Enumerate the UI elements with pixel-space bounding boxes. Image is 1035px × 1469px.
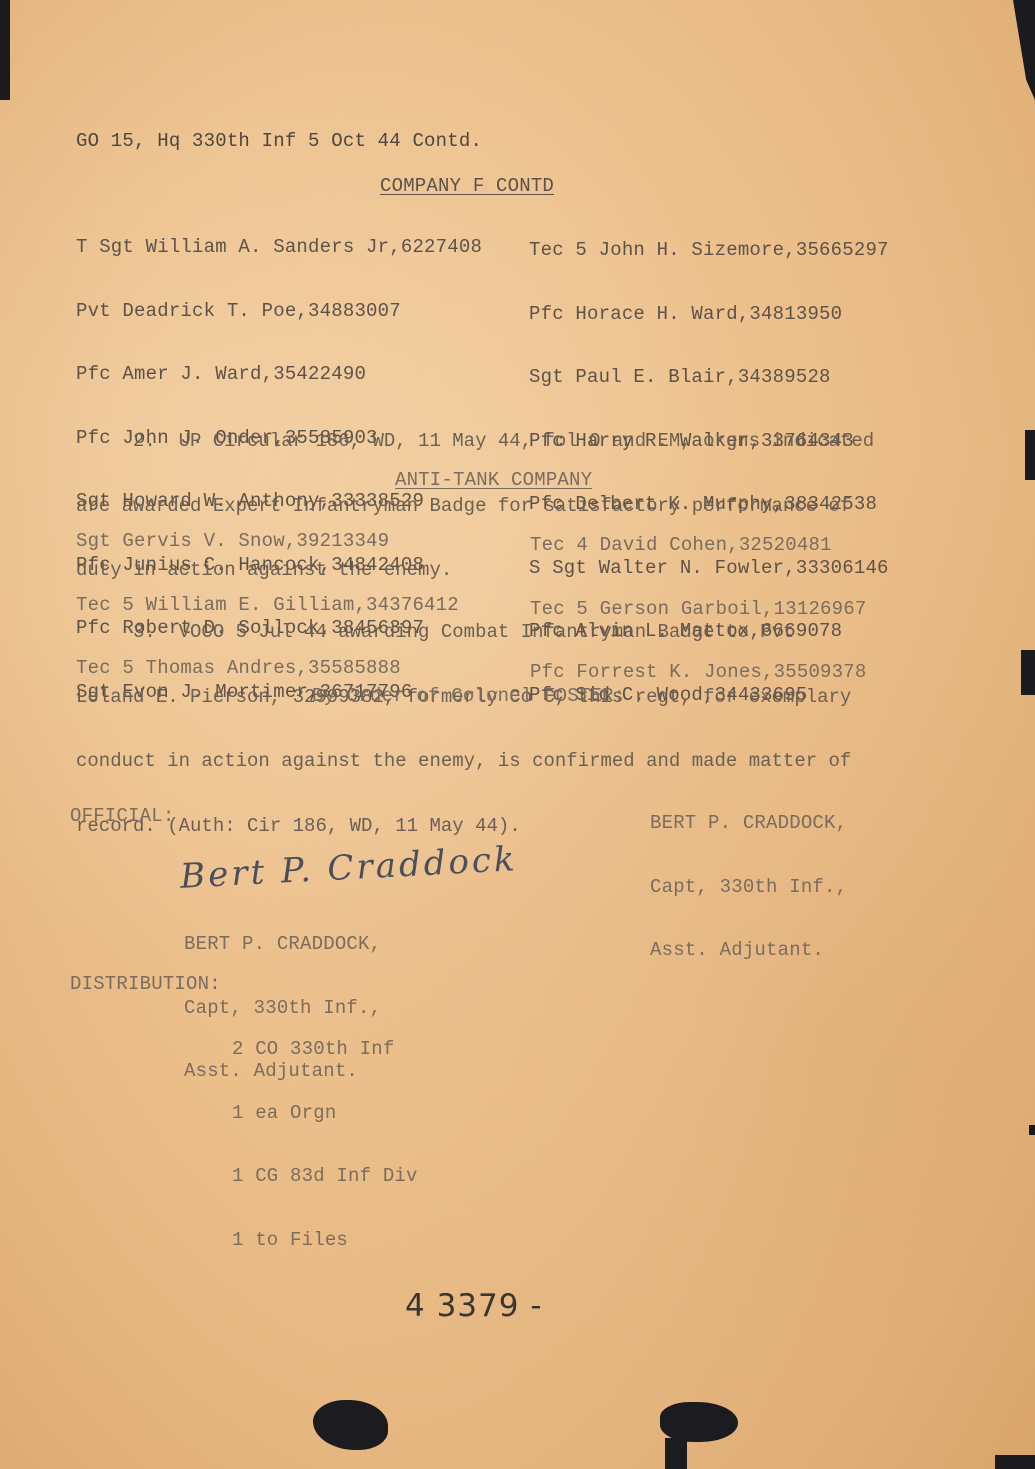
distribution-list: 2 CO 330th Inf 1 ea Orgn 1 CG 83d Inf Di…: [232, 997, 418, 1293]
signatory-title: Asst. Adjutant.: [650, 940, 847, 962]
roster-entry: T Sgt William A. Sanders Jr,6227408: [76, 237, 482, 259]
signatory-rank: Capt, 330th Inf.,: [650, 877, 847, 899]
roster-entry: Tec 4 David Cohen,32520481: [530, 535, 866, 557]
roster-entry: Tec 5 John H. Sizemore,35665297: [529, 240, 889, 262]
distribution-item: 1 CG 83d Inf Div: [232, 1166, 418, 1188]
signatory-name: BERT P. CRADDOCK,: [650, 813, 847, 835]
distribution-item: 1 to Files: [232, 1230, 418, 1252]
document-page: GO 15, Hq 330th Inf 5 Oct 44 Contd. COMP…: [0, 0, 1035, 1469]
roster-entry: Pfc Horace H. Ward,34813950: [529, 304, 889, 326]
roster-entry: Pfc Amer J. Ward,35422490: [76, 364, 482, 386]
roster-entry: Pvt Deadrick T. Poe,34883007: [76, 301, 482, 323]
torn-edge-top-right: [1013, 0, 1035, 100]
paragraph-line: conduct in action against the enemy, is …: [76, 751, 851, 773]
roster-entry: Sgt Paul E. Blair,34389528: [529, 367, 889, 389]
distribution-item: 1 ea Orgn: [232, 1103, 418, 1125]
torn-edge-left: [0, 0, 10, 100]
torn-edge-bottom-right: [995, 1455, 1035, 1469]
signatory-name: BERT P. CRADDOCK,: [184, 934, 381, 956]
official-label: OFFICIAL:: [70, 806, 174, 827]
anti-tank-title: ANTI-TANK COMPANY: [395, 470, 592, 491]
torn-edge-right-1: [1025, 430, 1035, 480]
punch-hole-right-tail: [665, 1438, 687, 1469]
punch-hole-left: [313, 1400, 388, 1450]
distribution-item: 2 CO 330th Inf: [232, 1039, 418, 1061]
document-header: GO 15, Hq 330th Inf 5 Oct 44 Contd.: [76, 131, 482, 152]
paragraph-line: 3. VOCO 5 Jul 44 awarding Combat Infantr…: [76, 622, 851, 644]
stamp-number: 4 3379 -: [405, 1288, 543, 1324]
order-line: By Order of Colonel FOSTER:: [312, 686, 625, 707]
torn-edge-right-2: [1021, 650, 1035, 695]
roster-entry: Sgt Gervis V. Snow,39213349: [76, 531, 459, 553]
paragraph-line: 2. UP Circular 186, WD, 11 May 44, fol O…: [76, 431, 874, 453]
distribution-label: DISTRIBUTION:: [70, 974, 221, 995]
signature-block-right: BERT P. CRADDOCK, Capt, 330th Inf., Asst…: [650, 771, 847, 1004]
company-f-title: COMPANY F CONTD: [380, 176, 554, 197]
punch-hole-right: [660, 1402, 738, 1442]
torn-edge-right-3: [1029, 1125, 1035, 1135]
